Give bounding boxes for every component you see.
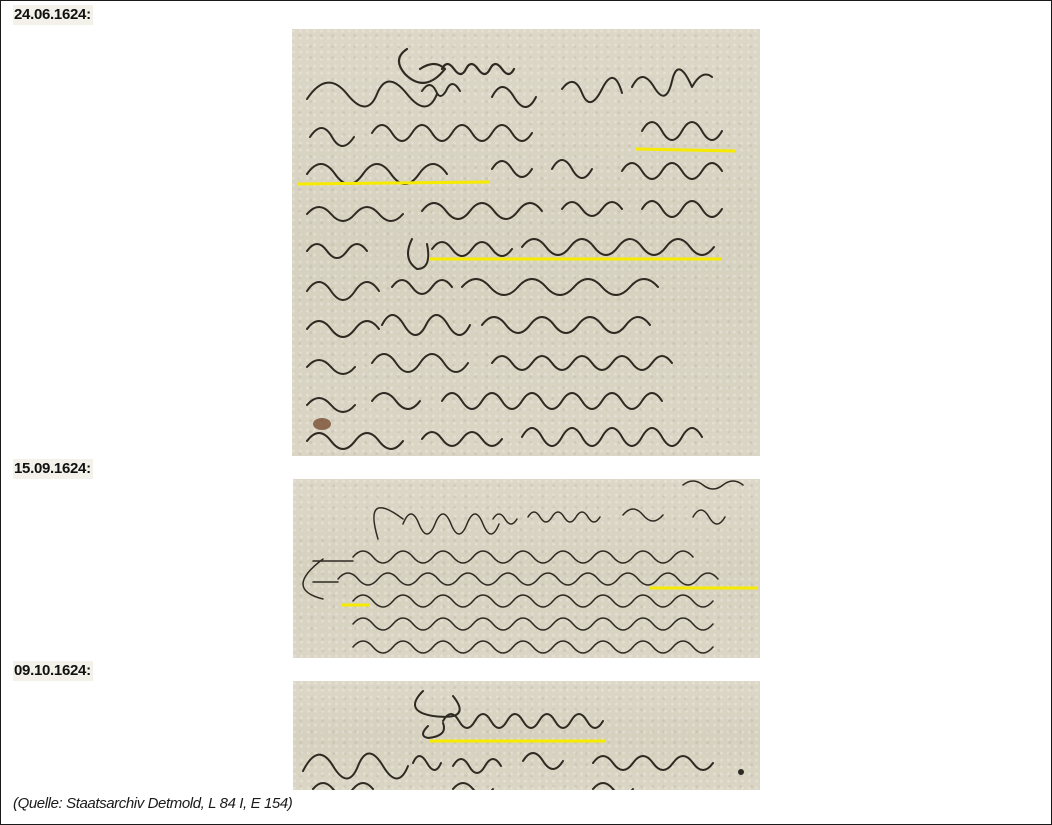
date-label-2: 15.09.1624: (13, 459, 93, 479)
manuscript-scan-1 (292, 29, 760, 456)
highlight-underline (298, 182, 490, 184)
manuscript-scan-3 (293, 681, 760, 790)
date-label-3: 09.10.1624: (13, 661, 93, 681)
handwriting-scan-1 (292, 29, 760, 456)
handwriting-scan-2 (293, 479, 760, 658)
handwriting-scan-3 (293, 681, 760, 790)
highlight-underline (636, 149, 736, 151)
date-label-1: 24.06.1624: (13, 5, 93, 25)
source-citation: (Quelle: Staatsarchiv Detmold, L 84 I, E… (13, 795, 292, 812)
document-frame: 24.06.1624: (0, 0, 1052, 825)
manuscript-scan-2 (293, 479, 760, 658)
